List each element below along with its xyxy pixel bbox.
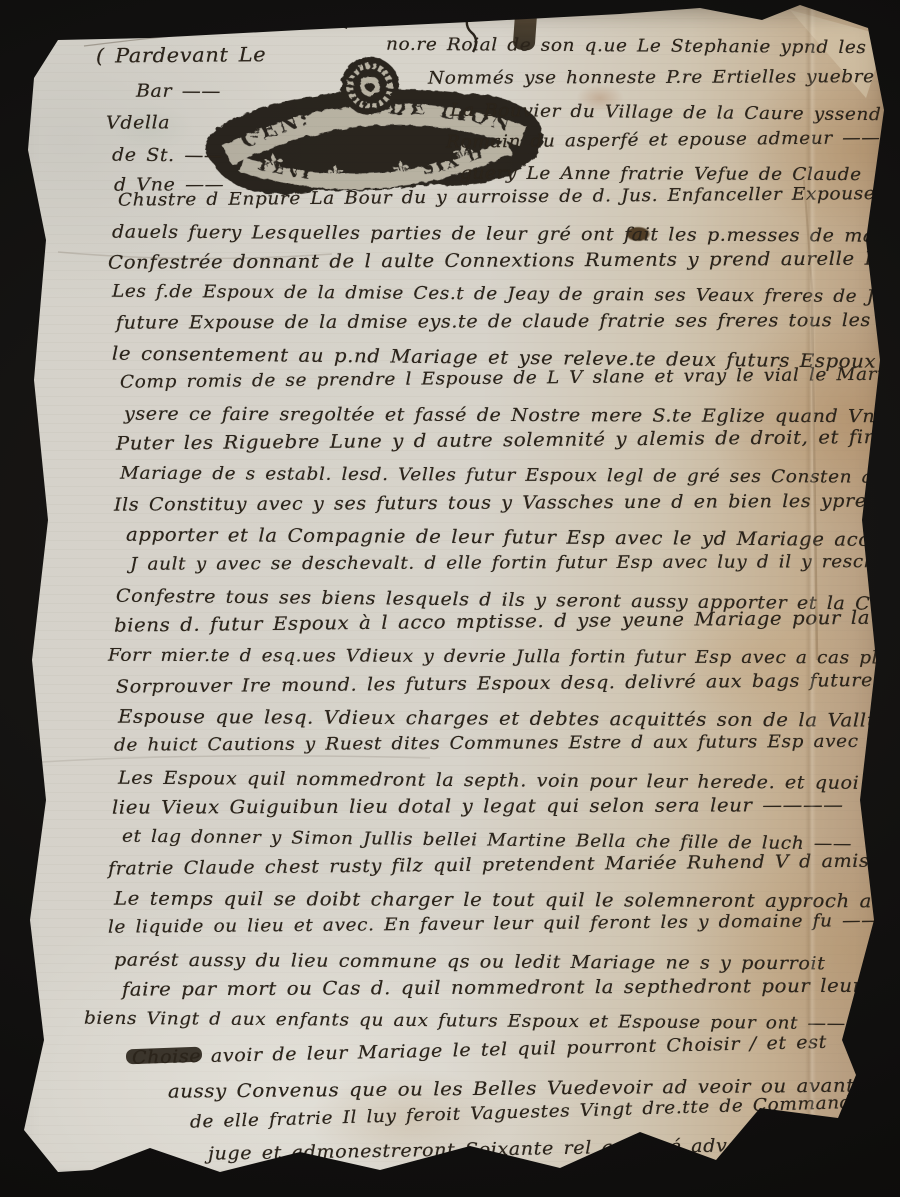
handwritten-line: apporter et la Compagnie de leur futur E…	[126, 524, 900, 552]
handwritten-line: de huict Cautions y Ruest dites Communes…	[114, 732, 900, 756]
photo-background: GEN: DE LION ⚜ ⚜ ⚜ ⚜ FEVI SIX D ( Pardev…	[0, 0, 900, 1197]
handwritten-line: Confestrée donnant de l aulte Connextion…	[108, 247, 900, 273]
handwritten-line: Choise avoir de leur Mariage le tel quil…	[132, 1031, 827, 1068]
handwritten-line: ( Pardevant Le	[96, 43, 266, 67]
handwritten-line: Les Espoux quil nommedront la septh. voi…	[118, 766, 900, 793]
sun-emblem-icon	[340, 56, 401, 117]
handwritten-line: J ault y avec se deschevalt. d elle fort…	[130, 551, 900, 574]
handwritten-line: Ils Constituy avec y ses futurs tous y V…	[114, 489, 900, 515]
handwritten-line: parést aussy du lieu commune qs ou ledit…	[114, 948, 826, 973]
handwritten-line: juge et admonestreront Soixante rel a cr…	[208, 1130, 900, 1165]
handwritten-line: La Bouvier du Village de la Caure yssend…	[450, 101, 900, 126]
stamp-arc-text-left: GEN:	[235, 105, 314, 153]
handwritten-line: Forr mier.te d esq.ues Vdieux y devrie J…	[108, 645, 900, 668]
handwritten-line: future Expouse de la dmise eys.te de cla…	[116, 309, 900, 334]
handwritten-line: Espouse que lesq. Vdieux charges et debt…	[118, 706, 900, 732]
handwritten-line: le liquide ou lieu et avec. En faveur le…	[108, 911, 880, 937]
handwritten-line: Le temps quil se doibt charger le tout q…	[114, 888, 882, 912]
handwritten-line: faire par mort ou Cas d. quil nommedront…	[122, 974, 900, 1000]
handwritten-line: Chustre d Enpuré La Bour du y aurroisse …	[118, 183, 900, 210]
handwritten-line: Comp romis de se prendre l Espouse de L …	[120, 364, 900, 393]
handwritten-line: Sorprouver Ire mound. les futurs Espoux …	[116, 668, 900, 697]
manuscript-paper: GEN: DE LION ⚜ ⚜ ⚜ ⚜ FEVI SIX D ( Pardev…	[0, 0, 900, 1197]
stamp-bottom-text-left: FEVI	[256, 152, 314, 187]
handwritten-line: de St. ——	[112, 145, 224, 166]
handwritten-line: ysere ce faire sregoltée et fassé de Nos…	[124, 403, 900, 427]
handwritten-line: Romain du asperfé et epouse admeur ———	[446, 128, 900, 152]
handwritten-line: biens Vingt d aux enfants qu aux futurs …	[84, 1009, 865, 1034]
fleur-de-lis-icon: ⚜	[390, 156, 413, 185]
handwritten-line: Nommés yse honneste P.re Ertielles yuebr…	[428, 67, 900, 89]
handwritten-line: Vdella	[106, 112, 170, 133]
handwritten-line: Puter les Riguebre Lune y d autre solemn…	[116, 425, 900, 454]
handwritten-line: lieu Vieux Guiguibun lieu dotal y legat …	[112, 794, 844, 818]
handwritten-line: Mariage de s establ. lesd. Velles futur …	[120, 463, 900, 487]
handwritten-line: Bar ——	[136, 81, 221, 102]
handwritten-line: dauels fuery Lesquelles parties de leur …	[112, 221, 900, 247]
fleur-de-lis-icon: ⚜	[259, 148, 288, 184]
handwritten-line: fratrie Claude chest rusty filz quil pre…	[108, 849, 870, 879]
handwritten-line: no.re Roial de son q.ue Le Stephanie ypn…	[386, 35, 900, 59]
handwritten-line: Les f.de Espoux de la dmise Ces.t de Jea…	[112, 282, 900, 308]
handwritten-line: biens d. futur Espoux à l acco mptisse. …	[114, 606, 900, 637]
fleur-de-lis-icon: ⚜	[324, 159, 347, 188]
handwritten-line: guery Le Anne fratrie Vefue de Claude	[460, 164, 862, 185]
